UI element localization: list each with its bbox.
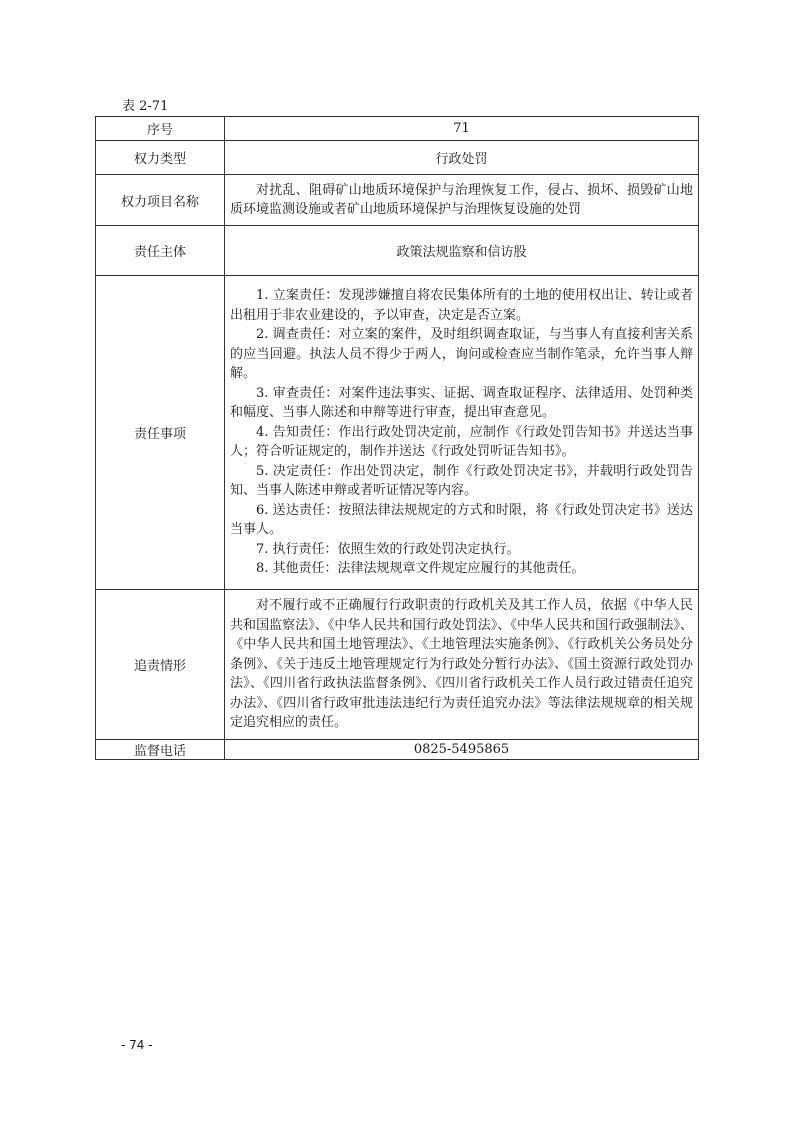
table-row-subject: 责任主体 政策法规监察和信访股: [96, 226, 699, 276]
table-caption: 表 2-71: [122, 95, 168, 114]
table-row-power-type: 权力类型 行政处罚: [96, 141, 699, 175]
item-name-value: 对扰乱、阻碍矿山地质环境保护与治理恢复工作，侵占、损坏、损毁矿山地质环境监测设施…: [230, 181, 693, 220]
row-label: 权力类型: [96, 141, 225, 175]
serial-value: 71: [225, 117, 699, 141]
row-label: 责任事项: [96, 276, 225, 590]
table-row-serial: 序号 71: [96, 117, 699, 141]
table-row-item-name: 权力项目名称 对扰乱、阻碍矿山地质环境保护与治理恢复工作，侵占、损坏、损毁矿山地…: [96, 175, 699, 226]
duty-item: 6. 送达责任：按照法律法规规定的方式和时限，将《行政处罚决定书》送达当事人。: [230, 501, 693, 540]
row-label: 权力项目名称: [96, 175, 225, 226]
duty-item: 5. 决定责任：作出处罚决定，制作《行政处罚决定书》，并载明行政处罚告知、当事人…: [230, 462, 693, 501]
subject-value: 政策法规监察和信访股: [225, 226, 699, 276]
table-row-accountability: 追责情形 对不履行或不正确履行行政职责的行政机关及其工作人员，依据《中华人民共和…: [96, 590, 699, 740]
row-label: 责任主体: [96, 226, 225, 276]
page-number: - 74 -: [121, 1038, 153, 1052]
accountability-value: 对不履行或不正确履行行政职责的行政机关及其工作人员，依据《中华人民共和国监察法》…: [230, 596, 693, 733]
duties-list: 1. 立案责任：发现涉嫌擅自将农民集体所有的土地的使用权出让、转让或者出租用于非…: [225, 276, 699, 590]
duty-item: 7. 执行责任：依照生效的行政处罚决定执行。: [230, 540, 693, 560]
row-label: 监督电话: [96, 740, 225, 760]
row-label: 序号: [96, 117, 225, 141]
duty-item: 3. 审查责任：对案件违法事实、证据、调查取证程序、法律适用、处罚种类和幅度、当…: [230, 384, 693, 423]
table-row-phone: 监督电话 0825-5495865: [96, 740, 699, 760]
row-label: 追责情形: [96, 590, 225, 740]
duty-item: 2. 调查责任：对立案的案件，及时组织调查取证，与当事人有直接利害关系的应当回避…: [230, 325, 693, 384]
duty-item: 4. 告知责任：作出行政处罚决定前，应制作《行政处罚告知书》并送达当事人；符合听…: [230, 423, 693, 462]
power-item-table: 序号 71 权力类型 行政处罚 权力项目名称 对扰乱、阻碍矿山地质环境保护与治理…: [95, 116, 699, 760]
power-type-value: 行政处罚: [225, 141, 699, 175]
duty-item: 8. 其他责任：法律法规规章文件规定应履行的其他责任。: [230, 559, 693, 579]
table-row-duties: 责任事项 1. 立案责任：发现涉嫌擅自将农民集体所有的土地的使用权出让、转让或者…: [96, 276, 699, 590]
phone-value: 0825-5495865: [225, 740, 699, 760]
duty-item: 1. 立案责任：发现涉嫌擅自将农民集体所有的土地的使用权出让、转让或者出租用于非…: [230, 286, 693, 325]
